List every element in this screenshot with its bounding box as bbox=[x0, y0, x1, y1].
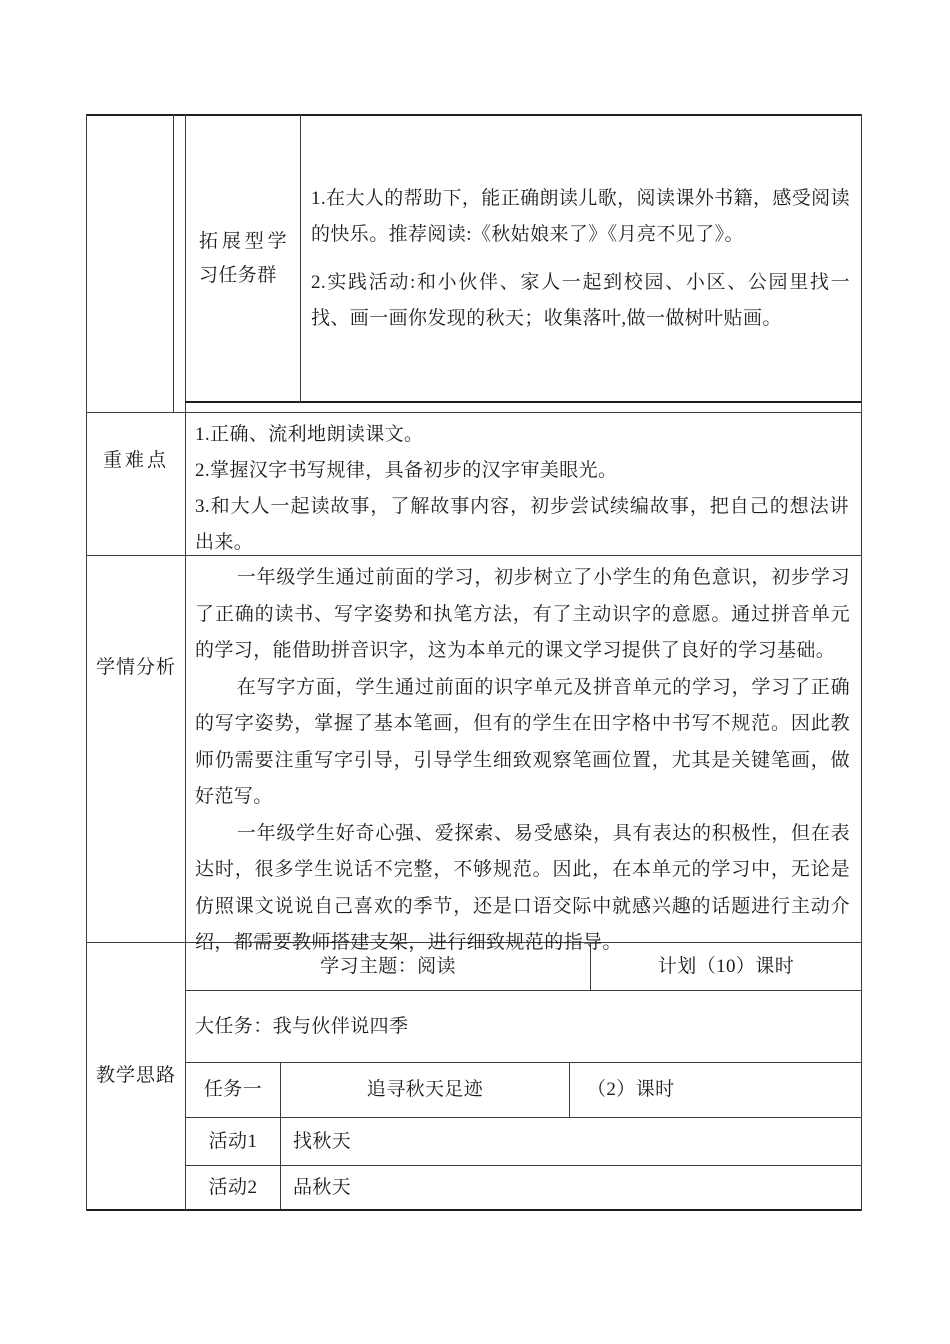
planned-periods-text: 计划（10）课时 bbox=[658, 949, 794, 985]
activity2-label: 活动2 bbox=[209, 1170, 258, 1206]
teaching-approach-label-cell: 教学思路 bbox=[87, 943, 185, 1209]
activity2-title-cell: 品秋天 bbox=[281, 1166, 861, 1209]
task1-label: 任务一 bbox=[204, 1072, 262, 1108]
expansion-task-group-label: 拓展型学习任务群 bbox=[199, 225, 287, 293]
table-border-bottom bbox=[86, 1209, 862, 1211]
big-task-cell: 大任务：我与伙伴说四季 bbox=[186, 991, 861, 1062]
activity1-label-cell: 活动1 bbox=[186, 1118, 280, 1165]
theme-cell: 学习主题：阅读 bbox=[186, 943, 590, 990]
table-border-right bbox=[861, 114, 862, 1211]
activity2-title: 品秋天 bbox=[293, 1170, 351, 1206]
lesson-plan-table: 拓展型学习任务群 1.在大人的帮助下，能正确朗读儿歌，阅读课外书籍，感受阅读的快… bbox=[86, 114, 862, 1211]
key-points-label-cell: 重难点 bbox=[87, 413, 185, 555]
learning-analysis-content-cell: 一年级学生通过前面的学习，初步树立了小学生的角色意识，初步学习了正确的读书、写字… bbox=[186, 556, 861, 942]
key-point-3: 3.和大人一起读故事，了解故事内容，初步尝试续编故事，把自己的想法讲出来。 bbox=[195, 489, 849, 561]
activity1-title-cell: 找秋天 bbox=[281, 1118, 861, 1165]
theme-text: 学习主题：阅读 bbox=[320, 949, 456, 985]
task1-title: 追寻秋天足迹 bbox=[367, 1072, 483, 1108]
key-points-content-cell: 1.正确、流利地朗读课文。 2.掌握汉字书写规律，具备初步的汉字审美眼光。 3.… bbox=[186, 413, 861, 555]
task1-periods: （2）课时 bbox=[587, 1072, 675, 1108]
planned-periods-cell: 计划（10）课时 bbox=[591, 943, 861, 990]
big-task-text: 大任务：我与伙伴说四季 bbox=[195, 1009, 408, 1045]
row1-outer-column-line bbox=[173, 114, 174, 412]
learning-analysis-label-cell: 学情分析 bbox=[87, 556, 185, 942]
document-page: 拓展型学习任务群 1.在大人的帮助下，能正确朗读儿歌，阅读课外书籍，感受阅读的快… bbox=[0, 0, 950, 1344]
nested-table-bottom-border bbox=[185, 401, 861, 403]
task1-title-cell: 追寻秋天足迹 bbox=[281, 1063, 569, 1117]
teaching-approach-label: 教学思路 bbox=[96, 1058, 176, 1094]
key-point-1: 1.正确、流利地朗读课文。 bbox=[195, 417, 849, 453]
analysis-paragraph-2: 在写字方面，学生通过前面的识字单元及拼音单元的学习，学习了正确的写字姿势，掌握了… bbox=[195, 670, 850, 816]
expansion-task-group-label-cell: 拓展型学习任务群 bbox=[186, 116, 300, 401]
key-points-label: 重难点 bbox=[103, 443, 169, 479]
activity1-label: 活动1 bbox=[209, 1124, 258, 1160]
expansion-item-1: 1.在大人的帮助下，能正确朗读儿歌，阅读课外书籍，感受阅读的快乐。推荐阅读:《秋… bbox=[311, 181, 850, 253]
expansion-item-2: 2.实践活动:和小伙伴、家人一起到校园、小区、公园里找一找、画一画你发现的秋天；… bbox=[311, 265, 850, 337]
learning-analysis-label: 学情分析 bbox=[96, 650, 176, 686]
analysis-paragraph-1: 一年级学生通过前面的学习，初步树立了小学生的角色意识，初步学习了正确的读书、写字… bbox=[195, 560, 850, 670]
analysis-paragraph-3: 一年级学生好奇心强、爱探索、易受感染，具有表达的积极性，但在表达时，很多学生说话… bbox=[195, 816, 850, 962]
task1-label-cell: 任务一 bbox=[186, 1063, 280, 1117]
task1-periods-cell: （2）课时 bbox=[570, 1063, 861, 1117]
activity1-title: 找秋天 bbox=[293, 1124, 351, 1160]
activity2-label-cell: 活动2 bbox=[186, 1166, 280, 1209]
expansion-task-group-content-cell: 1.在大人的帮助下，能正确朗读儿歌，阅读课外书籍，感受阅读的快乐。推荐阅读:《秋… bbox=[301, 116, 861, 401]
key-point-2: 2.掌握汉字书写规律，具备初步的汉字审美眼光。 bbox=[195, 453, 849, 489]
